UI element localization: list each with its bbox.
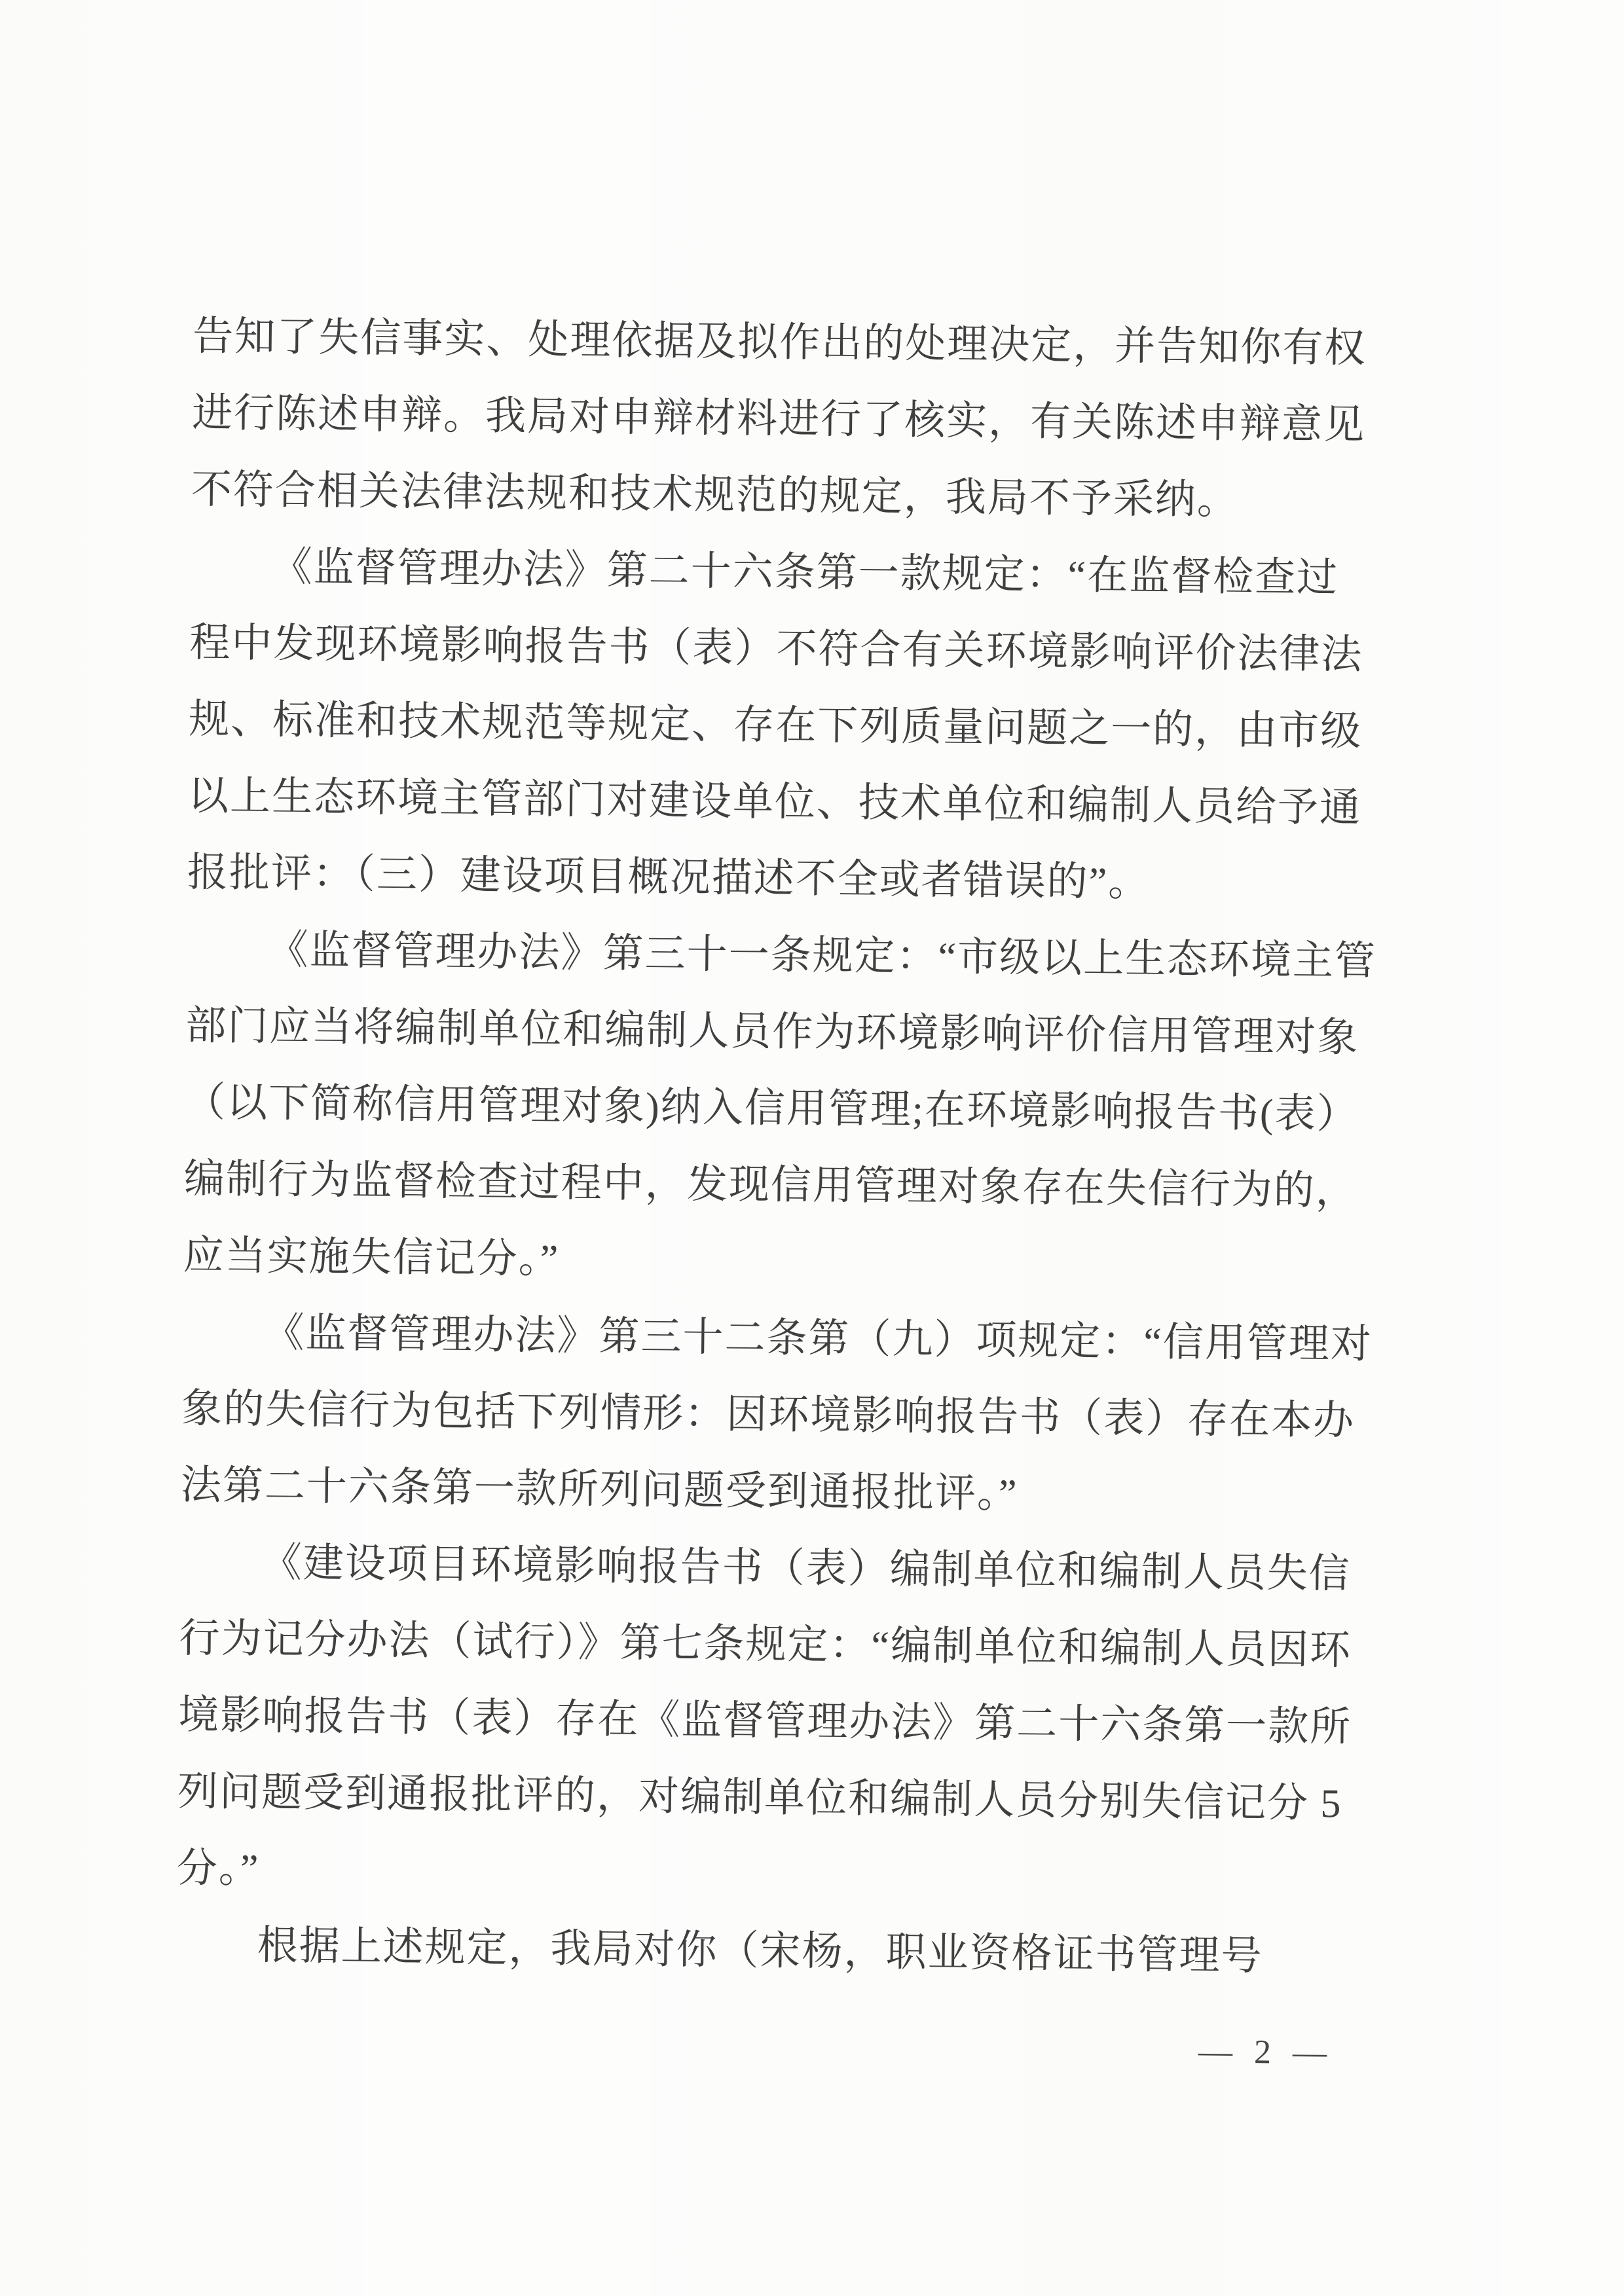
text-line: 不符合相关法律法规和技术规范的规定，我局不予采纳。 — [191, 452, 1412, 541]
text-line: 告知了失信事实、处理依据及拟作出的处理决定，并告知你有权 — [193, 299, 1414, 388]
text-line: 根据上述规定，我局对你（宋杨，职业资格证书管理号 — [175, 1907, 1397, 1997]
text-line: 《监督管理办法》第二十六条第一款规定：“在监督检查过 — [190, 528, 1412, 618]
text-line: 法第二十六条第一款所列问题受到通报批评。” — [180, 1448, 1402, 1537]
text-line: 程中发现环境影响报告书（表）不符合有关环境影响评价法律法 — [189, 605, 1411, 695]
text-lines: 告知了失信事实、处理依据及拟作出的处理决定，并告知你有权进行陈述申辩。我局对申辩… — [175, 299, 1414, 1996]
text-line: 分。” — [176, 1831, 1398, 1920]
page-number: — 2 — — [175, 2022, 1397, 2073]
text-line: 列问题受到通报批评的，对编制单位和编制人员分别失信记分 5 — [177, 1754, 1399, 1844]
text-line: 《监督管理办法》第三十一条规定：“市级以上生态环境主管 — [186, 911, 1408, 1001]
document-page: 告知了失信事实、处理依据及拟作出的处理决定，并告知你有权进行陈述申辩。我局对申辩… — [0, 0, 1624, 2296]
text-line: 进行陈述申辩。我局对申辩材料进行了核实，有关陈述申辩意见 — [192, 375, 1414, 465]
text-line: 编制行为监督检查过程中，发现信用管理对象存在失信行为的， — [183, 1141, 1405, 1231]
document-body: 告知了失信事实、处理依据及拟作出的处理决定，并告知你有权进行陈述申辩。我局对申辩… — [175, 299, 1414, 2073]
text-line: 《建设项目环境影响报告书（表）编制单位和编制人员失信 — [179, 1524, 1401, 1614]
text-line: 行为记分办法（试行）》第七条规定：“编制单位和编制人员因环 — [179, 1601, 1401, 1690]
text-line: 报批评：（三）建设项目概况描述不全或者错误的”。 — [187, 835, 1409, 924]
text-line: 象的失信行为包括下列情形：因环境影响报告书（表）存在本办 — [181, 1371, 1403, 1461]
text-line: （以下简称信用管理对象)纳入信用管理;在环境影响报告书(表） — [185, 1065, 1407, 1154]
text-line: 境影响报告书（表）存在《监督管理办法》第二十六条第一款所 — [178, 1677, 1400, 1767]
text-line: 规、标准和技术规范等规定、存在下列质量问题之一的，由市级 — [189, 682, 1411, 771]
text-line: 《监督管理办法》第三十二条第（九）项规定：“信用管理对 — [182, 1294, 1404, 1384]
text-line: 应当实施失信记分。” — [183, 1218, 1405, 1307]
text-line: 部门应当将编制单位和编制人员作为环境影响评价信用管理对象 — [185, 988, 1407, 1078]
text-line: 以上生态环境主管部门对建设单位、技术单位和编制人员给予通 — [187, 758, 1409, 848]
